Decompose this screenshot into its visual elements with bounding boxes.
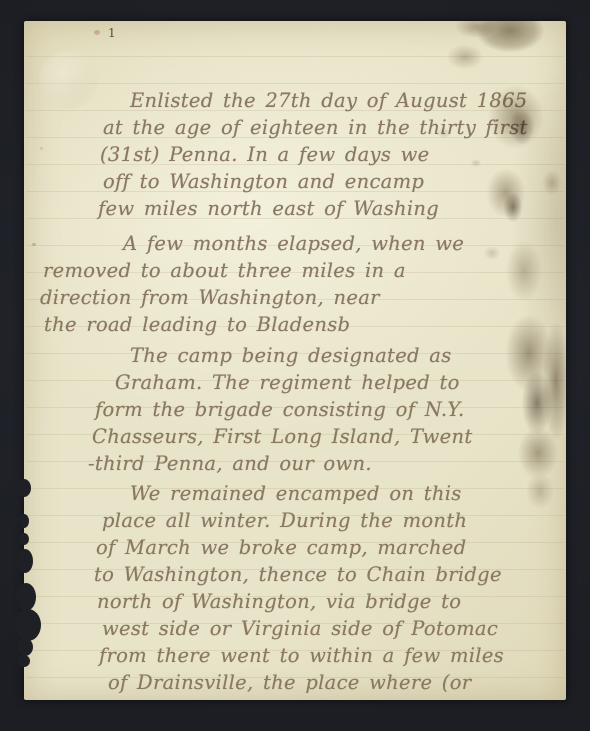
manuscript-line: to Washington, thence to Chain bridge xyxy=(94,561,566,588)
manuscript-line: few miles north east of Washing xyxy=(98,195,566,222)
manuscript-page: 1 Enlisted the 27th day of August 1865 a… xyxy=(24,21,566,700)
manuscript-line: The camp being designated as xyxy=(130,342,566,369)
manuscript-line: place all winter. During the month xyxy=(102,507,566,534)
manuscript-line: the road leading to Bladensb xyxy=(44,311,566,338)
manuscript-line: at the age of eighteen in the thirty fir… xyxy=(103,114,566,141)
manuscript-line: of Drainsville, the place where (or xyxy=(108,669,566,696)
manuscript-line: Enlisted the 27th day of August 1865 xyxy=(130,87,566,114)
manuscript-line: from there went to within a few miles xyxy=(99,642,566,669)
torn-edge xyxy=(17,549,33,573)
manuscript-line: -third Penna, and our own. xyxy=(88,450,566,477)
torn-edge xyxy=(17,479,31,497)
manuscript-line: We remained encamped on this xyxy=(130,480,566,507)
page-number: 1 xyxy=(108,26,116,40)
manuscript-line: direction from Washington, near xyxy=(40,284,566,311)
manuscript-line: west side or Virginia side of Potomac xyxy=(102,615,566,642)
manuscript-line: north of Washington, via bridge to xyxy=(97,588,566,615)
handwritten-text: Enlisted the 27th day of August 1865 at … xyxy=(24,87,566,696)
torn-edge xyxy=(19,533,29,545)
manuscript-line: off to Washington and encamp xyxy=(103,168,566,195)
manuscript-line: A few months elapsed, when we xyxy=(123,230,566,257)
manuscript-line: (31st) Penna. In a few days we xyxy=(100,141,566,168)
torn-edge xyxy=(15,609,41,641)
torn-edge xyxy=(17,638,33,656)
torn-edge xyxy=(19,514,29,528)
torn-edge xyxy=(18,655,30,667)
manuscript-line: Graham. The regiment helped to xyxy=(115,369,566,396)
manuscript-line: removed to about three miles in a xyxy=(43,257,566,284)
scanner-background: 1 Enlisted the 27th day of August 1865 a… xyxy=(0,0,590,731)
manuscript-line: of March we broke camp, marched xyxy=(96,534,566,561)
manuscript-line: Chasseurs, First Long Island, Twent xyxy=(92,423,566,450)
ink-speck xyxy=(94,30,100,35)
manuscript-line: form the brigade consisting of N.Y. xyxy=(95,396,566,423)
torn-edge xyxy=(16,583,36,611)
